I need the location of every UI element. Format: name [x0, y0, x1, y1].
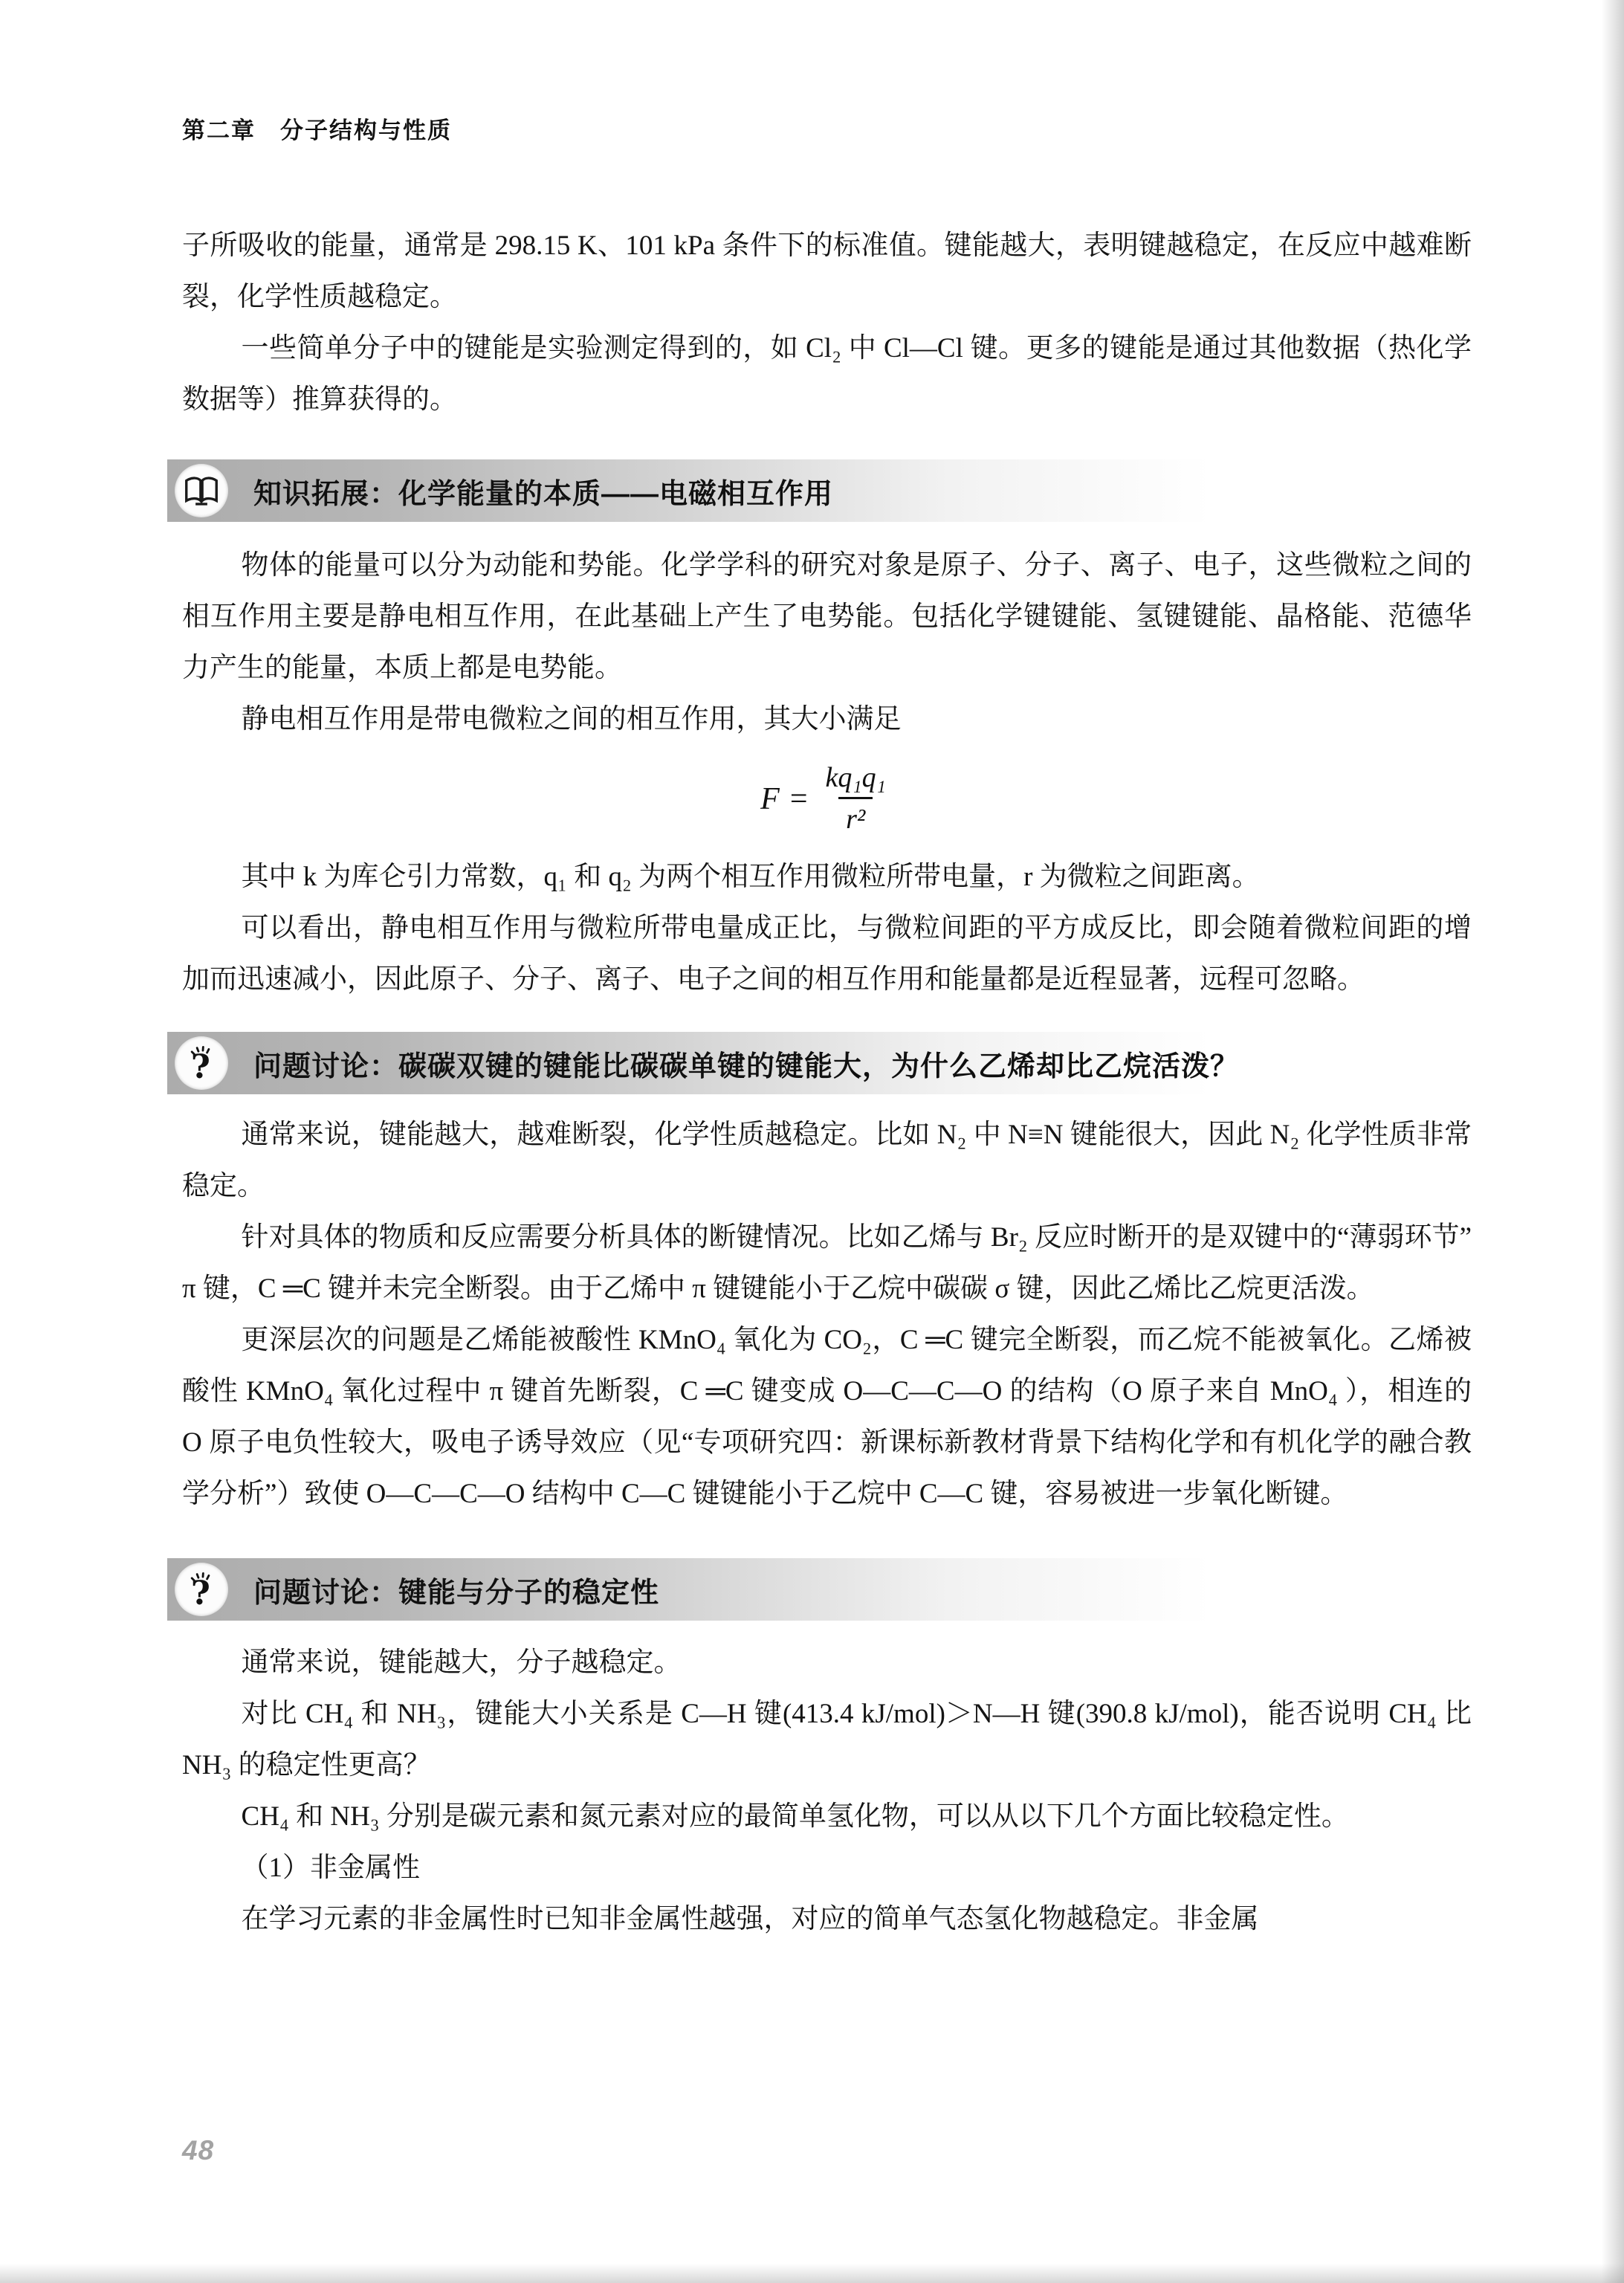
scan-edge-bottom — [0, 2264, 1624, 2283]
book-page: 第二章 分子结构与性质 子所吸收的能量，通常是 298.15 K、101 kPa… — [0, 0, 1624, 2283]
knowledge-paragraph-2: 静电相互作用是带电微粒之间的相互作用，其大小满足 — [182, 694, 1472, 745]
scan-edge-right — [1602, 0, 1624, 2283]
formula-denominator: r² — [838, 797, 873, 839]
knowledge-paragraph-4: 可以看出，静电相互作用与微粒所带电量成正比，与微粒间距的平方成反比，即会随着微粒… — [182, 902, 1472, 1005]
discussion1-paragraph-3: 更深层次的问题是乙烯能被酸性 KMnO₄ 氧化为 CO₂，C ═C 键完全断裂，… — [182, 1314, 1472, 1520]
intro-paragraph-2: 一些简单分子中的键能是实验测定得到的，如 Cl₂ 中 Cl—Cl 键。更多的键能… — [182, 323, 1472, 425]
chapter-header: 第二章 分子结构与性质 — [182, 0, 1472, 146]
svg-text:?: ? — [191, 1574, 210, 1610]
discussion1-paragraph-2: 针对具体的物质和反应需要分析具体的断键情况。比如乙烯与 Br₂ 反应时断开的是双… — [182, 1212, 1472, 1314]
formula-lhs: F — [760, 781, 780, 817]
knowledge-paragraph-3: 其中 k 为库仑引力常数，q₁ 和 q₂ 为两个相互作用微粒所带电量，r 为微粒… — [182, 851, 1472, 902]
discussion-banner-2: ? 问题讨论：键能与分子的稳定性 — [167, 1558, 1472, 1621]
page-content: 第二章 分子结构与性质 子所吸收的能量，通常是 298.15 K、101 kPa… — [182, 0, 1472, 1945]
open-book-icon — [175, 464, 228, 517]
question-mark-icon: ? — [175, 1563, 228, 1616]
discussion2-paragraph-5: 在学习元素的非金属性时已知非金属性越强，对应的简单气态氢化物越稳定。非金属 — [182, 1893, 1472, 1945]
discussion-title-2: 问题讨论：键能与分子的稳定性 — [253, 1569, 659, 1610]
coulomb-force-formula: F = kq₁q₁ r² — [182, 758, 1472, 839]
page-number: 48 — [182, 2135, 214, 2166]
intro-paragraph-1: 子所吸收的能量，通常是 298.15 K、101 kPa 条件下的标准值。键能越… — [182, 220, 1472, 323]
knowledge-paragraph-1: 物体的能量可以分为动能和势能。化学学科的研究对象是原子、分子、离子、电子，这些微… — [182, 540, 1472, 694]
formula-fraction: kq₁q₁ r² — [818, 758, 893, 839]
svg-text:?: ? — [191, 1047, 210, 1084]
discussion1-paragraph-1: 通常来说，键能越大，越难断裂，化学性质越稳定。比如 N₂ 中 N≡N 键能很大，… — [182, 1109, 1472, 1212]
knowledge-expansion-title: 知识拓展：化学能量的本质——电磁相互作用 — [253, 471, 833, 511]
knowledge-expansion-banner: 知识拓展：化学能量的本质——电磁相互作用 — [167, 459, 1472, 522]
discussion-title-1: 问题讨论：碳碳双键的键能比碳碳单键的键能大，为什么乙烯却比乙烷活泼？ — [253, 1043, 1239, 1084]
question-mark-icon: ? — [175, 1036, 228, 1090]
formula-numerator: kq₁q₁ — [818, 758, 893, 797]
discussion2-paragraph-3: CH₄ 和 NH₃ 分别是碳元素和氮元素对应的最简单氢化物，可以从以下几个方面比… — [182, 1791, 1472, 1842]
discussion-banner-1: ? 问题讨论：碳碳双键的键能比碳碳单键的键能大，为什么乙烯却比乙烷活泼？ — [167, 1032, 1472, 1094]
formula-equals: = — [790, 781, 808, 817]
discussion2-paragraph-2: 对比 CH₄ 和 NH₃，键能大小关系是 C—H 键(413.4 kJ/mol)… — [182, 1688, 1472, 1791]
discussion2-subheading: （1）非金属性 — [182, 1842, 1472, 1893]
discussion2-paragraph-1: 通常来说，键能越大，分子越稳定。 — [182, 1637, 1472, 1688]
